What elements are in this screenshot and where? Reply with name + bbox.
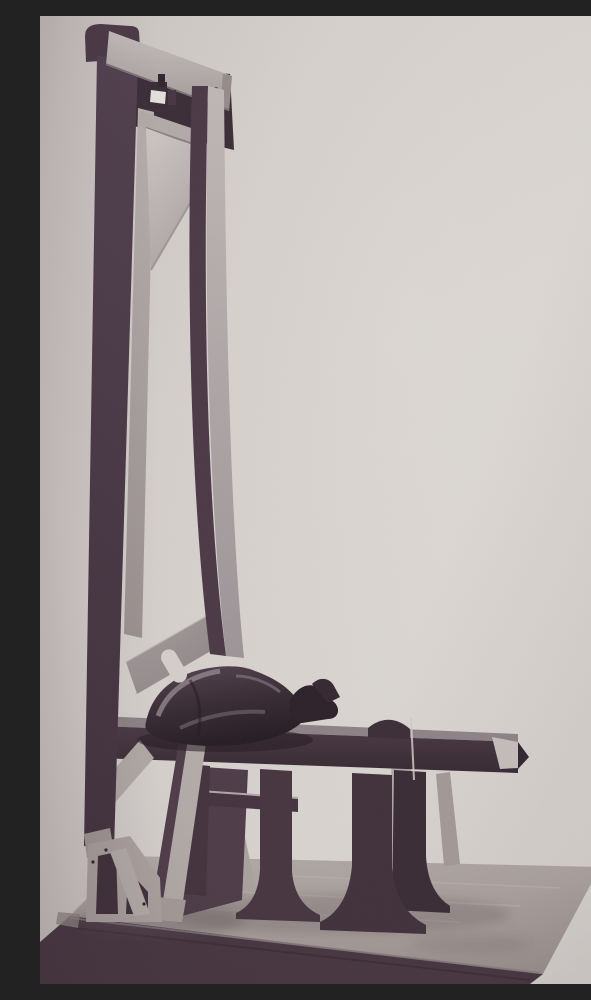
photograph: Vintage sepia-toned photograph of a scal… [40,16,591,984]
photo-scene [40,16,591,984]
film-grain [40,16,591,984]
